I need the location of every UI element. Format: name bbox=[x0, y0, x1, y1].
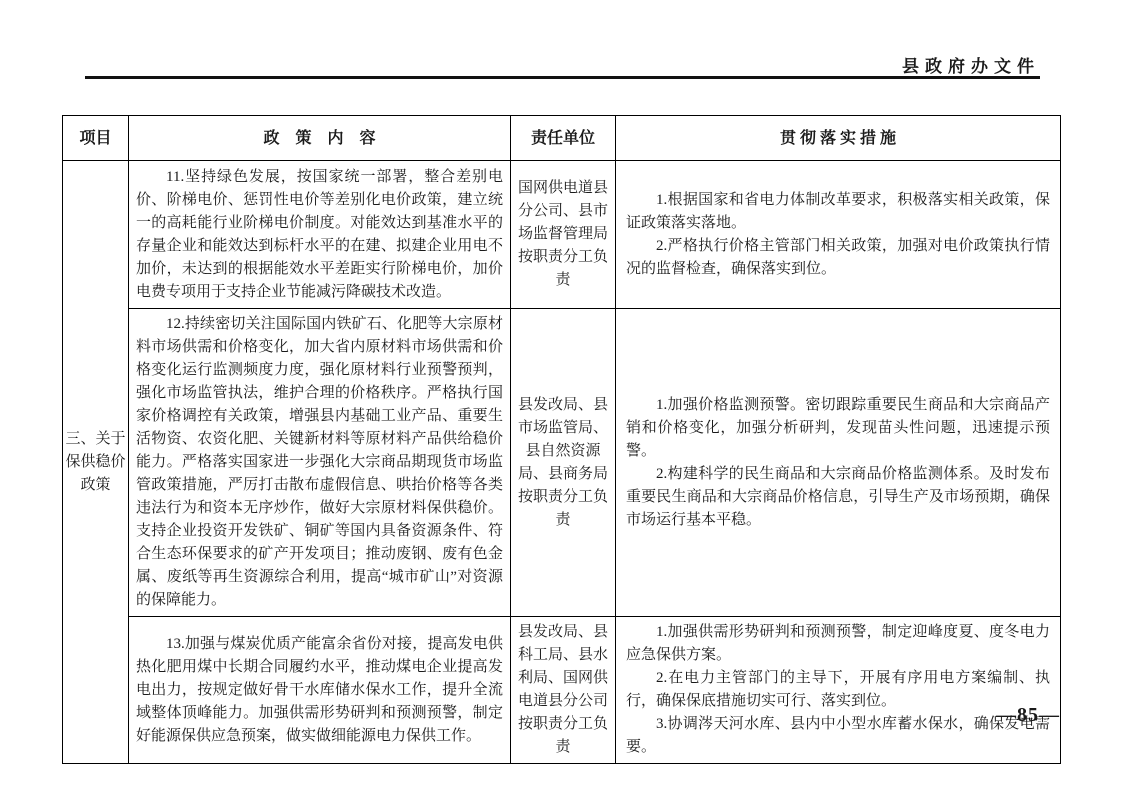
measure-item: 2.在电力主管部门的主导下，开展有序用电方案编制、执行，确保保底措施切实可行、落… bbox=[626, 667, 1050, 713]
table-row: 13.加强与煤炭优质产能富余省份对接，提高发电供热化肥用煤中长期合同履约水平，推… bbox=[63, 617, 1061, 764]
header-rule bbox=[85, 76, 1040, 79]
col-header-policy: 政 策 内 容 bbox=[129, 116, 511, 161]
policy-text: 13.加强与煤炭优质产能富余省份对接，提高发电供热化肥用煤中长期合同履约水平，推… bbox=[136, 633, 503, 748]
policy-cell: 12.持续密切关注国际国内铁矿石、化肥等大宗原材料市场供需和价格变化，加大省内原… bbox=[129, 309, 511, 617]
measure-item: 3.协调涔天河水库、县内中小型水库蓄水保水，确保发电需要。 bbox=[626, 713, 1050, 759]
category-cell: 三、关于 保供稳价 政策 bbox=[63, 161, 129, 764]
measure-item: 1.根据国家和省电力体制改革要求，积极落实相关政策，保证政策落实落地。 bbox=[626, 189, 1050, 235]
table-row: 12.持续密切关注国际国内铁矿石、化肥等大宗原材料市场供需和价格变化，加大省内原… bbox=[63, 309, 1061, 617]
policy-cell: 11.坚持绿色发展，按国家统一部署，整合差别电价、阶梯电价、惩罚性电价等差别化电… bbox=[129, 161, 511, 309]
document-page: 县政府办文件 项目 政 策 内 容 责任单位 贯 彻 落 实 措 施 三、关于 … bbox=[0, 0, 1122, 793]
measure-item: 2.构建科学的民生商品和大宗商品价格监测体系。及时发布重要民生商品和大宗商品价格… bbox=[626, 463, 1050, 532]
table-row: 三、关于 保供稳价 政策 11.坚持绿色发展，按国家统一部署，整合差别电价、阶梯… bbox=[63, 161, 1061, 309]
table-header-row: 项目 政 策 内 容 责任单位 贯 彻 落 实 措 施 bbox=[63, 116, 1061, 161]
measures-cell: 1.根据国家和省电力体制改革要求，积极落实相关政策，保证政策落实落地。 2.严格… bbox=[616, 161, 1061, 309]
col-header-unit: 责任单位 bbox=[511, 116, 616, 161]
policy-table: 项目 政 策 内 容 责任单位 贯 彻 落 实 措 施 三、关于 保供稳价 政策… bbox=[62, 115, 1061, 764]
measure-item: 1.加强供需形势研判和预测预警，制定迎峰度夏、度冬电力应急保供方案。 bbox=[626, 621, 1050, 667]
measure-item: 2.严格执行价格主管部门相关政策，加强对电价政策执行情况的监督检查，确保落实到位… bbox=[626, 235, 1050, 281]
measure-item: 1.加强价格监测预警。密切跟踪重要民生商品和大宗商品产销和价格变化，加强分析研判… bbox=[626, 394, 1050, 463]
measures-cell: 1.加强供需形势研判和预测预警，制定迎峰度夏、度冬电力应急保供方案。 2.在电力… bbox=[616, 617, 1061, 764]
policy-text: 11.坚持绿色发展，按国家统一部署，整合差别电价、阶梯电价、惩罚性电价等差别化电… bbox=[136, 166, 503, 304]
col-header-measures: 贯 彻 落 实 措 施 bbox=[616, 116, 1061, 161]
col-header-item: 项目 bbox=[63, 116, 129, 161]
policy-text: 12.持续密切关注国际国内铁矿石、化肥等大宗原材料市场供需和价格变化，加大省内原… bbox=[136, 313, 503, 612]
unit-cell: 国网供电道县分公司、县市场监督管理局按职责分工负责 bbox=[511, 161, 616, 309]
policy-cell: 13.加强与煤炭优质产能富余省份对接，提高发电供热化肥用煤中长期合同履约水平，推… bbox=[129, 617, 511, 764]
measures-cell: 1.加强价格监测预警。密切跟踪重要民生商品和大宗商品产销和价格变化，加强分析研判… bbox=[616, 309, 1061, 617]
page-number: —85— bbox=[996, 704, 1060, 727]
unit-cell: 县发改局、县市场监管局、县自然资源局、县商务局按职责分工负责 bbox=[511, 309, 616, 617]
unit-cell: 县发改局、县科工局、县水利局、国网供电道县分公司按职责分工负责 bbox=[511, 617, 616, 764]
doc-header: 县政府办文件 bbox=[902, 52, 1040, 77]
